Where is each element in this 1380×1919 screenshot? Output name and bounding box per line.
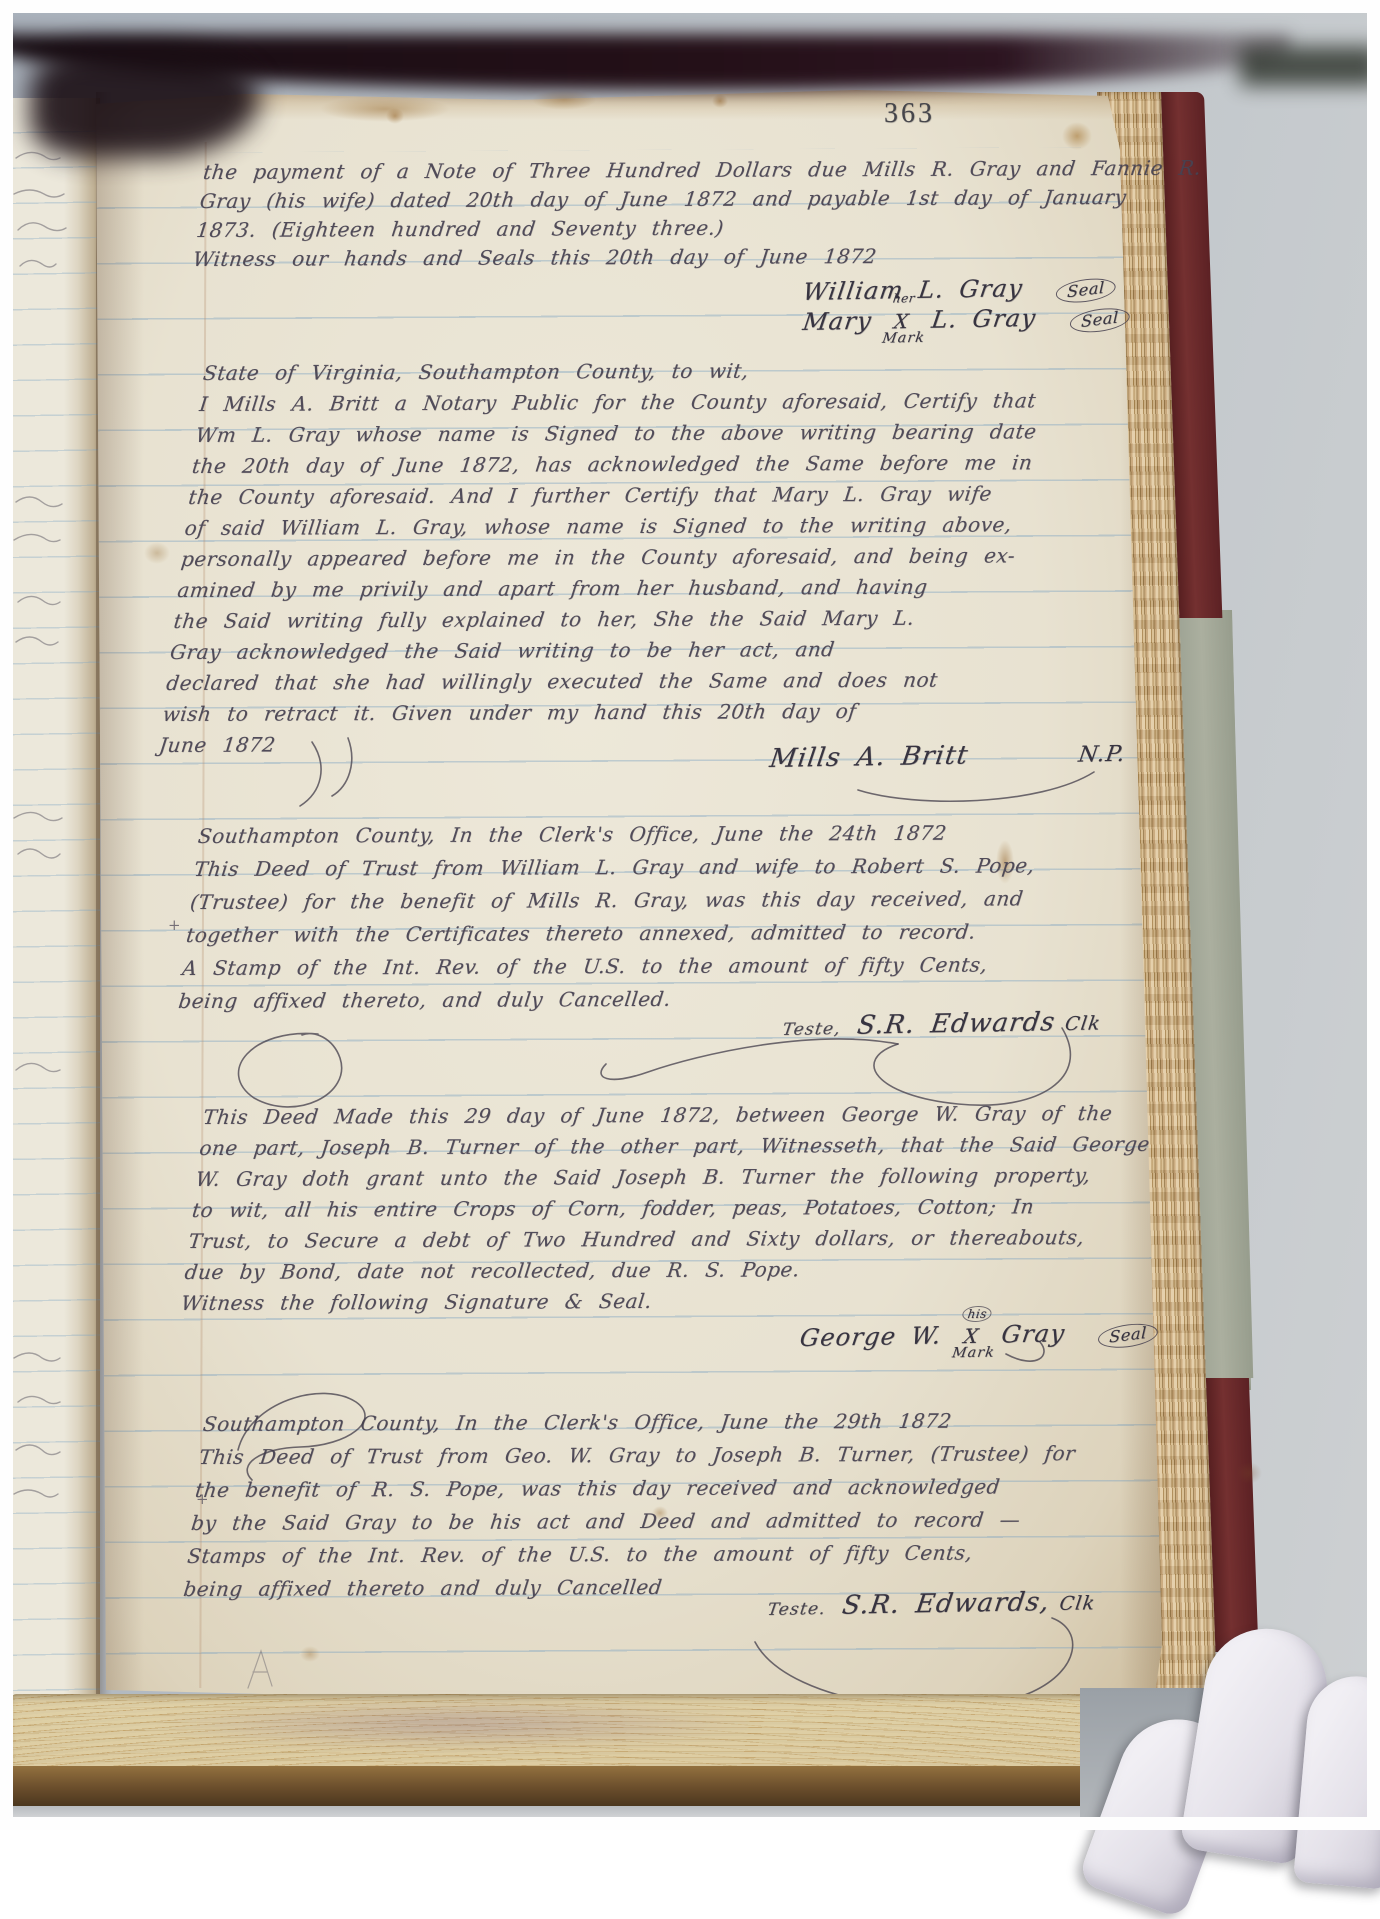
- photograph-deed-book: 363 the payment of a Note of Three Hundr…: [0, 0, 1380, 1830]
- handwritten-line: due by Bond, date not recollected, due R…: [183, 1253, 1082, 1288]
- paragraph-clerk-record-june29: Southampton County, In the Clerk's Offic…: [182, 1404, 1101, 1606]
- handwritten-line: personally appeared before me in the Cou…: [179, 540, 1078, 575]
- paragraph-note-fragment: the payment of a Note of Three Hundred D…: [191, 154, 1100, 274]
- handwritten-line: State of Virginia, Southampton County, t…: [201, 354, 1100, 389]
- handwritten-line: wish to retract it. Given under my hand …: [161, 695, 1060, 730]
- handwritten-line: of said William L. Gray, whose name is S…: [183, 509, 1082, 544]
- handwritten-line: W. Gray doth grant unto the Said Joseph …: [194, 1160, 1093, 1195]
- handwritten-line: Trust, to Secure a debt of Two Hundred a…: [187, 1222, 1086, 1257]
- signature-clerk-1: Teste,S.R. EdwardsClk: [781, 1006, 1104, 1042]
- marginal-plus-mark: +: [168, 916, 181, 934]
- mark-label: Mark: [951, 1345, 996, 1362]
- signer-name: George W.: [798, 1322, 944, 1352]
- handwritten-line: This Deed of Trust from William L. Gray …: [192, 849, 1091, 886]
- handwritten-line: I Mills A. Britt a Notary Public for the…: [198, 385, 1097, 420]
- handwritten-line: Wm L. Gray whose name is Signed to the a…: [194, 416, 1093, 451]
- handwritten-line: the payment of a Note of Three Hundred D…: [202, 154, 1101, 187]
- handwritten-line: by the Said Gray to be his act and Deed …: [189, 1503, 1088, 1540]
- signer-name: L. Gray: [930, 304, 1038, 334]
- clerk-title: Clk: [1058, 1592, 1097, 1615]
- handwriting-layer: 363 the payment of a Note of Three Hundr…: [0, 0, 1380, 1830]
- signer-name: Mills A. Britt: [768, 741, 971, 774]
- handwritten-line: to wit, all his entire Crops of Corn, fo…: [190, 1191, 1089, 1226]
- seal-stamp: Seal: [1069, 305, 1130, 335]
- handwritten-line: (Trustee) for the benefit of Mills R. Gr…: [188, 882, 1087, 919]
- clerk-name: S.R. Edwards,: [840, 1587, 1052, 1621]
- handwritten-line: This Deed Made this 29 day of June 1872,…: [201, 1098, 1100, 1133]
- handwritten-line: Southampton County, In the Clerk's Offic…: [196, 816, 1095, 853]
- clerk-title: Clk: [1064, 1012, 1103, 1035]
- handwritten-line: the County aforesaid. And I further Cert…: [187, 478, 1086, 513]
- signature-clerk-2: Teste.S.R. Edwards,Clk: [766, 1586, 1098, 1622]
- signature-notary: Mills A. BrittN.P.: [768, 738, 1128, 774]
- paragraph-clerk-record-june24: Southampton County, In the Clerk's Offic…: [177, 816, 1096, 1018]
- signature-george-gray: George W. his X Mark GraySeal: [798, 1318, 1161, 1353]
- clerk-name: S.R. Edwards: [855, 1007, 1057, 1040]
- handwritten-line: Gray acknowledged the Said writing to be…: [168, 633, 1067, 668]
- his-label: his: [962, 1306, 994, 1323]
- teste-label: Teste.: [766, 1599, 827, 1620]
- signer-name: Mary: [801, 307, 874, 336]
- paragraph-notary-certificate: State of Virginia, Southampton County, t…: [157, 354, 1100, 761]
- handwritten-line: declared that she had willingly executed…: [165, 664, 1064, 699]
- handwritten-line: Witness the following Signature & Seal.: [179, 1284, 1078, 1319]
- handwritten-line: 1873. (Eighteen hundred and Seventy thre…: [195, 212, 1094, 245]
- handwritten-line: amined by me privily and apart from her …: [176, 571, 1075, 606]
- table-shadow: [150, 1698, 770, 1750]
- x-mark: his X Mark: [955, 1321, 989, 1350]
- her-label: her: [892, 291, 916, 305]
- signer-name: Gray: [1000, 1319, 1067, 1348]
- notary-title: N.P.: [1077, 742, 1128, 768]
- marginal-plus-mark: +: [196, 1490, 209, 1508]
- handwritten-line: This Deed of Trust from Geo. W. Gray to …: [197, 1437, 1096, 1474]
- handwritten-line: Stamps of the Int. Rev. of the U.S. to t…: [185, 1536, 1084, 1573]
- handwritten-line: the 20th day of June 1872, has acknowled…: [190, 447, 1089, 482]
- handwritten-line: the Said writing fully explained to her,…: [172, 602, 1071, 637]
- teste-label: Teste,: [781, 1019, 842, 1040]
- handwritten-line: one part, Joseph B. Turner of the other …: [198, 1129, 1097, 1164]
- handwritten-line: the benefit of R. S. Pope, was this day …: [193, 1470, 1092, 1507]
- seal-stamp: Seal: [1098, 1321, 1159, 1351]
- signature-william-gray: William L. GraySeal: [801, 273, 1118, 307]
- page-number: 363: [884, 98, 935, 130]
- x-mark: her X Mark: [885, 306, 919, 335]
- paragraph-deed-george-gray: This Deed Made this 29 day of June 1872,…: [179, 1098, 1100, 1319]
- signature-mary-gray: Mary her X Mark L. GraySeal: [801, 302, 1132, 337]
- handwritten-line: Witness our hands and Seals this 20th da…: [191, 241, 1090, 274]
- handwritten-line: Southampton County, In the Clerk's Offic…: [201, 1404, 1100, 1441]
- seal-stamp: Seal: [1056, 276, 1117, 306]
- handwritten-line: A Stamp of the Int. Rev. of the U.S. to …: [180, 948, 1079, 985]
- mark-label: Mark: [881, 330, 926, 347]
- handwritten-line: together with the Certificates thereto a…: [184, 915, 1083, 952]
- handwritten-line: Gray (his wife) dated 20th day of June 1…: [198, 183, 1097, 216]
